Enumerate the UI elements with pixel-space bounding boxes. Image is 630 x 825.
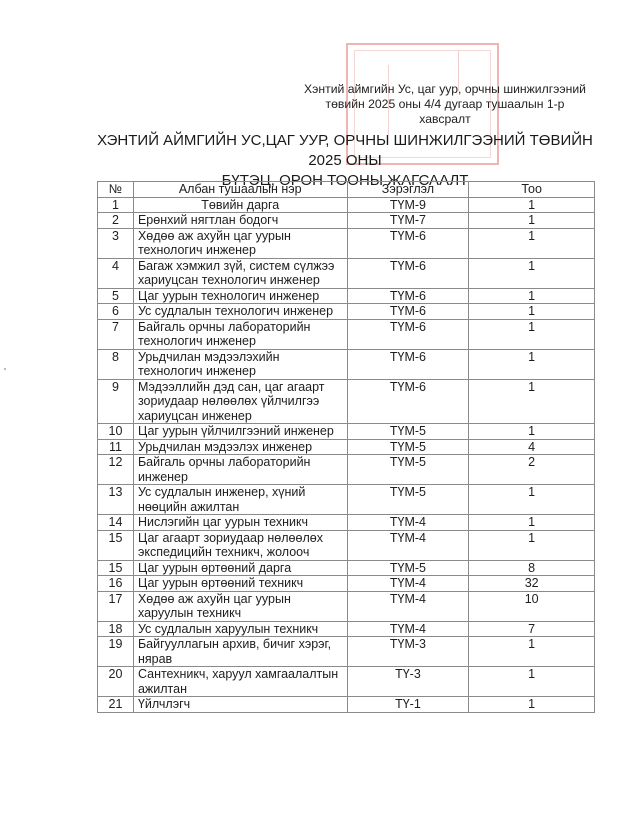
position-count: 32 [469,576,595,592]
position-name: Ус судлалын харуулын техникч [133,621,347,637]
position-count: 1 [469,637,595,667]
position-grade: ТҮМ-4 [347,515,469,531]
position-count: 1 [469,319,595,349]
position-count: 8 [469,560,595,576]
position-count: 1 [469,515,595,531]
header-no: № [98,182,134,198]
position-grade: ТҮМ-6 [347,319,469,349]
header-position-name: Албан тушаалын нэр [133,182,347,198]
row-number: 14 [98,515,134,531]
position-grade: ТҮМ-5 [347,424,469,440]
table-row: 15Цаг уурын өртөөний даргаТҮМ-58 [98,560,595,576]
position-name: Байгууллагын архив, бичиг хэрэг, нярав [133,637,347,667]
position-count: 1 [469,304,595,320]
position-grade: ТҮМ-6 [347,304,469,320]
row-number: 16 [98,576,134,592]
position-name: Хөдөө аж ахуйн цаг уурын технологич инже… [133,228,347,258]
position-grade: ТҮМ-6 [347,379,469,424]
table-row: 7Байгаль орчны лабораторийн технологич и… [98,319,595,349]
position-count: 1 [469,349,595,379]
row-number: 2 [98,213,134,229]
row-number: 13 [98,485,134,515]
row-number: 1 [98,197,134,213]
position-count: 7 [469,621,595,637]
position-grade: ТҮМ-4 [347,621,469,637]
row-number: 18 [98,621,134,637]
position-name: Нислэгийн цаг уурын техникч [133,515,347,531]
row-number: 17 [98,591,134,621]
table-row: 15Цаг агаарт зориудаар нөлөөлөх экспедиц… [98,530,595,560]
table-row: 5Цаг уурын технологич инженерТҮМ-61 [98,288,595,304]
annex-line-2: төвийн 2025 оны 4/4 дугаар тушаалын 1-р … [300,97,590,127]
position-count: 4 [469,439,595,455]
header-count: Тоо [469,182,595,198]
position-grade: ТҮМ-5 [347,439,469,455]
position-grade: ТҮМ-4 [347,591,469,621]
position-name: Ус судлалын технологич инженер [133,304,347,320]
position-count: 1 [469,530,595,560]
title-line-1: ХЭНТИЙ АЙМГИЙН УС,ЦАГ УУР, ОРЧНЫ ШИНЖИЛГ… [95,131,595,171]
position-grade: ТҮМ-4 [347,530,469,560]
position-name: Байгаль орчны лабораторийн инженер [133,455,347,485]
position-count: 1 [469,258,595,288]
row-number: 19 [98,637,134,667]
position-grade: ТҮМ-7 [347,213,469,229]
position-name: Цаг уурын технологич инженер [133,288,347,304]
table-row: 11Урьдчилан мэдээлэх инженерТҮМ-54 [98,439,595,455]
staff-table: № Албан тушаалын нэр Зэрэглэл Тоо 1Төвий… [97,181,595,713]
position-count: 1 [469,288,595,304]
table-row: 13Ус судлалын инженер, хүний нөөцийн ажи… [98,485,595,515]
row-number: 5 [98,288,134,304]
row-number: 10 [98,424,134,440]
table-row: 2Ерөнхий нягтлан бодогчТҮМ-71 [98,213,595,229]
position-grade: ТҮМ-5 [347,560,469,576]
table-row: 9Мэдээллийн дэд сан, цаг агаарт зориудаа… [98,379,595,424]
row-number: 15 [98,560,134,576]
position-name: Цаг уурын өртөөний техникч [133,576,347,592]
row-number: 8 [98,349,134,379]
position-name: Хөдөө аж ахуйн цаг уурын харуулын техник… [133,591,347,621]
table-row: 6Ус судлалын технологич инженерТҮМ-61 [98,304,595,320]
table-row: 10Цаг уурын үйлчилгээний инженерТҮМ-51 [98,424,595,440]
position-grade: ТҮ-1 [347,697,469,713]
position-name: Үйлчлэгч [133,697,347,713]
position-grade: ТҮМ-4 [347,576,469,592]
position-name: Цаг уурын үйлчилгээний инженер [133,424,347,440]
position-grade: ТҮМ-5 [347,455,469,485]
table-row: 19Байгууллагын архив, бичиг хэрэг, нярав… [98,637,595,667]
row-number: 3 [98,228,134,258]
position-count: 1 [469,379,595,424]
table-row: 16Цаг уурын өртөөний техникчТҮМ-432 [98,576,595,592]
row-number: 11 [98,439,134,455]
position-count: 1 [469,197,595,213]
position-name: Цаг агаарт зориудаар нөлөөлөх экспедиций… [133,530,347,560]
row-number: 12 [98,455,134,485]
position-grade: ТҮМ-6 [347,349,469,379]
row-number: 6 [98,304,134,320]
table-row: 21ҮйлчлэгчТҮ-11 [98,697,595,713]
position-grade: ТҮМ-5 [347,485,469,515]
position-name: Сантехникч, харуул хамгаалалтын ажилтан [133,667,347,697]
position-count: 1 [469,213,595,229]
row-number: 9 [98,379,134,424]
table-row: 12Байгаль орчны лабораторийн инженерТҮМ-… [98,455,595,485]
position-grade: ТҮМ-6 [347,258,469,288]
table-row: 14Нислэгийн цаг уурын техникчТҮМ-41 [98,515,595,531]
row-number: 20 [98,667,134,697]
position-grade: ТҮМ-3 [347,637,469,667]
table-row: 3Хөдөө аж ахуйн цаг уурын технологич инж… [98,228,595,258]
position-grade: ТҮМ-6 [347,288,469,304]
table-row: 8Урьдчилан мэдээлэхийн технологич инжене… [98,349,595,379]
position-count: 2 [469,455,595,485]
position-name: Байгаль орчны лабораторийн технологич ин… [133,319,347,349]
annex-note: Хэнтий аймгийн Ус, цаг уур, орчны шинжил… [300,82,590,127]
annex-line-1: Хэнтий аймгийн Ус, цаг уур, орчны шинжил… [300,82,590,97]
position-count: 1 [469,228,595,258]
table-row: 17Хөдөө аж ахуйн цаг уурын харуулын техн… [98,591,595,621]
table-row: 1Төвийн даргаТҮМ-91 [98,197,595,213]
position-name: Цаг уурын өртөөний дарга [133,560,347,576]
position-name: Урьдчилан мэдээлэхийн технологич инженер [133,349,347,379]
position-name: Ус судлалын инженер, хүний нөөцийн ажилт… [133,485,347,515]
row-number: 15 [98,530,134,560]
row-number: 21 [98,697,134,713]
position-name: Урьдчилан мэдээлэх инженер [133,439,347,455]
row-number: 4 [98,258,134,288]
position-name: Багаж хэмжил зүй, систем сүлжээ хариуцса… [133,258,347,288]
header-grade: Зэрэглэл [347,182,469,198]
position-count: 1 [469,485,595,515]
table-row: 18Ус судлалын харуулын техникчТҮМ-47 [98,621,595,637]
position-count: 10 [469,591,595,621]
position-grade: ТҮМ-9 [347,197,469,213]
position-grade: ТҮМ-6 [347,228,469,258]
position-count: 1 [469,667,595,697]
position-name: Мэдээллийн дэд сан, цаг агаарт зориудаар… [133,379,347,424]
position-name: Ерөнхий нягтлан бодогч [133,213,347,229]
position-grade: ТҮ-3 [347,667,469,697]
table-header-row: № Албан тушаалын нэр Зэрэглэл Тоо [98,182,595,198]
position-count: 1 [469,697,595,713]
row-number: 7 [98,319,134,349]
table-row: 20Сантехникч, харуул хамгаалалтын ажилта… [98,667,595,697]
position-count: 1 [469,424,595,440]
position-name: Төвийн дарга [133,197,347,213]
scan-speck [4,368,6,370]
table-row: 4Багаж хэмжил зүй, систем сүлжээ хариуцс… [98,258,595,288]
